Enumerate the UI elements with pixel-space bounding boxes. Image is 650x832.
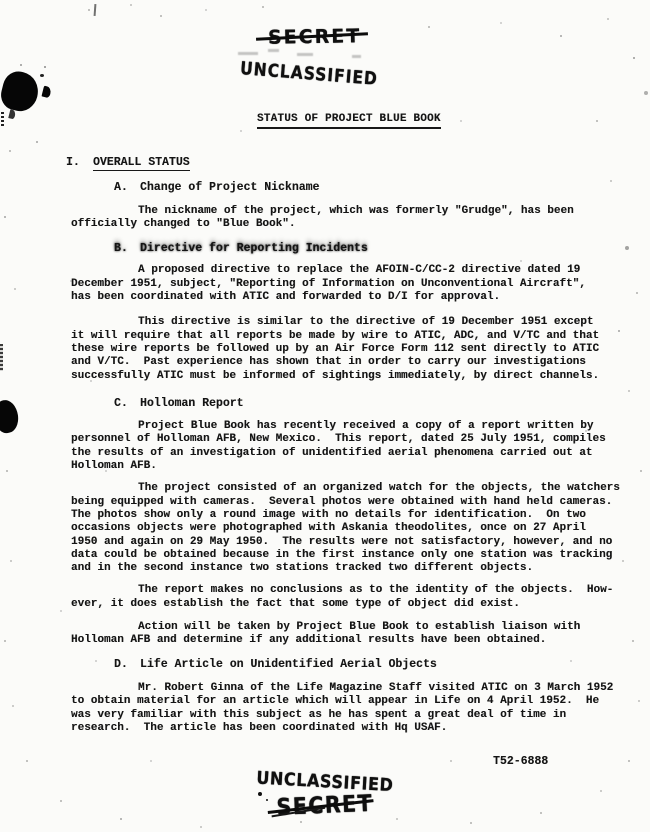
text-line: This directive is similar to the directi… bbox=[71, 316, 650, 329]
unclassified-stamp-bottom: UNCLASSIFIED bbox=[256, 767, 394, 796]
ink-blot bbox=[0, 68, 42, 115]
text-line: Holloman AFB. bbox=[71, 460, 650, 473]
text-line: the results of an investigation of unide… bbox=[71, 447, 650, 460]
scan-speckles bbox=[0, 0, 2, 2]
subsection-heading-a: A.Change of Project Nickname bbox=[114, 181, 650, 194]
subsection-heading-c: C.Holloman Report bbox=[114, 397, 650, 410]
text-line: 1950 and again on 29 May 1950. The resul… bbox=[71, 536, 650, 549]
scan-edge-mark bbox=[94, 4, 97, 16]
ink-tick-marks bbox=[1, 112, 4, 128]
paragraph: This directive is similar to the directi… bbox=[71, 316, 650, 382]
paragraph: Action will be taken by Project Blue Boo… bbox=[71, 621, 650, 648]
subsection-label: Change of Project Nickname bbox=[140, 181, 319, 194]
unclassified-stamp-top: UNCLASSIFIED bbox=[239, 58, 378, 89]
secret-stamp-top: SECRET bbox=[268, 25, 362, 49]
paragraph: Project Blue Book has recently received … bbox=[71, 420, 650, 473]
secret-stamp-bottom: SECRET bbox=[276, 791, 374, 821]
scanned-document-page: SECRET UNCLASSIFIED STATUS OF PROJECT BL… bbox=[0, 0, 650, 832]
text-line: The photos show only a round image with … bbox=[71, 509, 650, 522]
paragraph: The report makes no conclusions as to th… bbox=[71, 584, 650, 611]
text-line: successfully ATIC must be informed of si… bbox=[71, 370, 650, 383]
text-line: A proposed directive to replace the AFOI… bbox=[71, 264, 650, 277]
text-line: The report makes no conclusions as to th… bbox=[71, 584, 650, 597]
text-line: ever, it does establish the fact that so… bbox=[71, 598, 650, 611]
paragraph: The nickname of the project, which was f… bbox=[71, 205, 650, 232]
text-line: Action will be taken by Project Blue Boo… bbox=[71, 621, 650, 634]
subsection-letter: D. bbox=[114, 658, 140, 671]
document-body: STATUS OF PROJECT BLUE BOOK I.OVERALL ST… bbox=[71, 113, 650, 735]
text-line: these wire reports be followed up by an … bbox=[71, 343, 650, 356]
document-title: STATUS OF PROJECT BLUE BOOK bbox=[257, 113, 441, 129]
paragraph: A proposed directive to replace the AFOI… bbox=[71, 264, 650, 304]
text-line: has been coordinated with ATIC and forwa… bbox=[71, 291, 650, 304]
paragraph: Mr. Robert Ginna of the Life Magazine St… bbox=[71, 682, 650, 735]
text-line: and V/TC. Past experience has shown that… bbox=[71, 356, 650, 369]
paragraph: The project consisted of an organized wa… bbox=[71, 482, 650, 575]
text-line: and in the second instance two stations … bbox=[71, 562, 650, 575]
subsection-label: Holloman Report bbox=[140, 397, 244, 410]
text-line: The project consisted of an organized wa… bbox=[71, 482, 650, 495]
unclassified-stamp-bottom-text: UNCLASSIFIED bbox=[256, 767, 394, 796]
text-line: December 1951, subject, "Reporting of In… bbox=[71, 278, 650, 291]
text-line: The nickname of the project, which was f… bbox=[71, 205, 650, 218]
unclassified-stamp-top-text: UNCLASSIFIED bbox=[239, 58, 378, 89]
text-line: occasions objects were photographed with… bbox=[71, 522, 650, 535]
subsection-letter: C. bbox=[114, 397, 140, 410]
section-label: OVERALL STATUS bbox=[93, 156, 190, 171]
subsection-label: Life Article on Unidentified Aerial Obje… bbox=[140, 658, 437, 671]
text-line: it will require that all reports be made… bbox=[71, 330, 650, 343]
subsection-letter: A. bbox=[114, 181, 140, 194]
subsection-letter: B. bbox=[114, 242, 140, 255]
subsection-heading-d: D.Life Article on Unidentified Aerial Ob… bbox=[114, 658, 650, 671]
subsection-label: Directive for Reporting Incidents bbox=[140, 242, 368, 255]
text-line: Project Blue Book has recently received … bbox=[71, 420, 650, 433]
stamp-smudge bbox=[297, 53, 313, 56]
ink-dot bbox=[258, 792, 262, 796]
text-line: data could be obtained because in the fi… bbox=[71, 549, 650, 562]
subsection-heading-b: B.Directive for Reporting Incidents bbox=[114, 242, 650, 255]
text-line: being equipped with cameras. Several pho… bbox=[71, 496, 650, 509]
stamp-smudge bbox=[268, 49, 279, 52]
section-numeral: I. bbox=[66, 156, 93, 169]
text-line: was very familiar with this subject as h… bbox=[71, 709, 650, 722]
stamp-smudge bbox=[238, 52, 258, 55]
text-line: personnel of Holloman AFB, New Mexico. T… bbox=[71, 433, 650, 446]
text-line: Holloman AFB and determine if any additi… bbox=[71, 634, 650, 647]
scan-edge-mark bbox=[0, 344, 3, 371]
text-line: research. The article has been coordinat… bbox=[71, 722, 650, 735]
text-line: to obtain material for an article which … bbox=[71, 695, 650, 708]
text-line: officially changed to "Blue Book". bbox=[71, 218, 650, 231]
section-heading: I.OVERALL STATUS bbox=[66, 156, 650, 169]
stamp-smudge bbox=[352, 55, 361, 58]
ink-blot bbox=[0, 399, 20, 435]
text-line: Mr. Robert Ginna of the Life Magazine St… bbox=[71, 682, 650, 695]
ink-dot bbox=[40, 74, 44, 77]
doc-number: T52-6888 bbox=[493, 755, 548, 768]
